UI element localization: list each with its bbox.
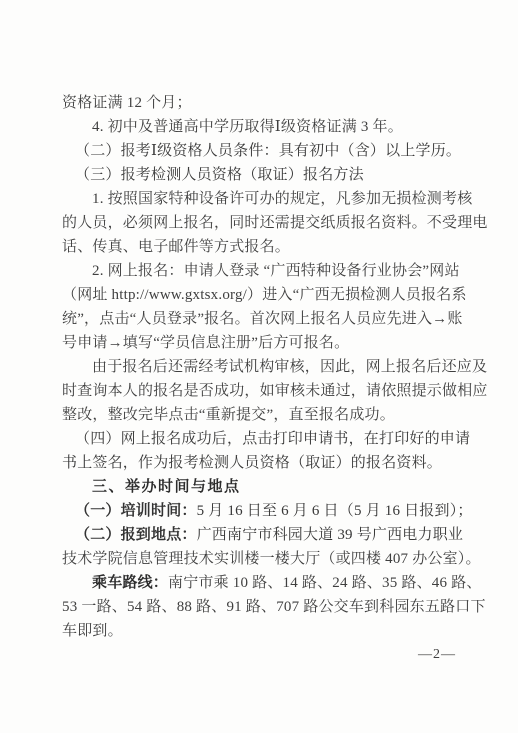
line-text: 1. 按照国家特种设备许可办的规定，凡参加无损检测考核	[92, 191, 472, 207]
text-line: 话、传真、电子邮件等方式报名。	[62, 235, 456, 259]
line-text: （二）报考Ⅰ级资格人员条件：具有初中（含）以上学历。	[75, 143, 461, 159]
text-line: 资格证满 12 个月；	[62, 91, 456, 115]
text-line: （二）报考Ⅰ级资格人员条件：具有初中（含）以上学历。	[62, 139, 456, 163]
line-text: 2. 网上报名：申请人登录 “广西特种设备行业协会”网站	[92, 263, 460, 279]
document-page: 资格证满 12 个月；4. 初中及普通高中学历取得Ⅰ级资格证满 3 年。（二）报…	[0, 0, 518, 733]
line-text: 车即到。	[62, 623, 123, 639]
line-text: 三、举办时间与地点	[92, 478, 241, 495]
text-line: 乘车路线：南宁市乘 10 路、14 路、24 路、35 路、46 路、	[62, 571, 456, 595]
line-text: （三）报考检测人员资格（取证）报名方法	[75, 167, 364, 183]
line-text: 广西南宁市科园大道 39 号广西电力职业	[197, 527, 464, 543]
line-label: 乘车路线：	[92, 574, 168, 591]
text-line: 的人员，必须网上报名，同时还需提交纸质报名资料。不受理电	[62, 211, 456, 235]
line-text: 书上签名，作为报考检测人员资格（取证）的报名资料。	[62, 455, 442, 471]
text-line: 时查询本人的报名是否成功，如审核未通过，请依照提示做相应	[62, 379, 456, 403]
text-line: （二）报到地点：广西南宁市科园大道 39 号广西电力职业	[62, 523, 456, 547]
text-line: 车即到。	[62, 619, 456, 643]
line-text: （网址 http://www.gxtsx.org/）进入“广西无损检测人员报名系	[62, 287, 467, 303]
text-line: 统”，点击“人员登录”报名。首次网上报名人员应先进入→账	[62, 307, 456, 331]
line-text: 话、传真、电子邮件等方式报名。	[62, 239, 290, 255]
line-text: 的人员，必须网上报名，同时还需提交纸质报名资料。不受理电	[62, 215, 488, 231]
line-text: 南宁市乘 10 路、14 路、24 路、35 路、46 路、	[168, 575, 482, 591]
document-body: 资格证满 12 个月；4. 初中及普通高中学历取得Ⅰ级资格证满 3 年。（二）报…	[62, 91, 456, 667]
line-text: 4. 初中及普通高中学历取得Ⅰ级资格证满 3 年。	[92, 119, 403, 135]
text-line: 1. 按照国家特种设备许可办的规定，凡参加无损检测考核	[62, 187, 456, 211]
line-text: 5 月 16 日至 6 月 6 日（5 月 16 日报到）；	[197, 503, 473, 519]
line-text: 由于报名后还需经考试机构审核，因此，网上报名后还应及	[92, 359, 487, 375]
line-text: 53 一路、54 路、88 路、91 路、707 路公交车到科园东五路口下	[62, 599, 486, 615]
text-line: （网址 http://www.gxtsx.org/）进入“广西无损检测人员报名系	[62, 283, 456, 307]
text-line: （三）报考检测人员资格（取证）报名方法	[62, 163, 456, 187]
line-text: 时查询本人的报名是否成功，如审核未通过，请依照提示做相应	[62, 383, 488, 399]
text-line: （一）培训时间：5 月 16 日至 6 月 6 日（5 月 16 日报到）；	[62, 499, 456, 523]
text-line: 53 一路、54 路、88 路、91 路、707 路公交车到科园东五路口下	[62, 595, 456, 619]
line-text: （四）网上报名成功后，点击打印申请书，在打印好的申请	[75, 431, 470, 447]
line-text: 统”，点击“人员登录”报名。首次网上报名人员应先进入→账	[62, 311, 463, 327]
line-text: 整改，整改完毕点击“重新提交”，直至报名成功。	[62, 407, 395, 423]
line-text: 资格证满 12 个月；	[62, 95, 192, 111]
text-line: 由于报名后还需经考试机构审核，因此，网上报名后还应及	[62, 355, 456, 379]
page-number: —2—	[62, 643, 456, 667]
line-text: 号申请→填写“学员信息注册”后方可报名。	[62, 335, 349, 351]
line-label: （二）报到地点：	[75, 527, 197, 543]
text-line: 整改，整改完毕点击“重新提交”，直至报名成功。	[62, 403, 456, 427]
text-line: 技术学院信息管理技术实训楼一楼大厅（或四楼 407 办公室）。	[62, 547, 456, 571]
text-line: （四）网上报名成功后，点击打印申请书，在打印好的申请	[62, 427, 456, 451]
text-line: 书上签名，作为报考检测人员资格（取证）的报名资料。	[62, 451, 456, 475]
text-line: 三、举办时间与地点	[62, 475, 456, 499]
line-text: 技术学院信息管理技术实训楼一楼大厅（或四楼 407 办公室）。	[62, 551, 481, 567]
text-line: 号申请→填写“学员信息注册”后方可报名。	[62, 331, 456, 355]
line-label: （一）培训时间：	[75, 503, 197, 519]
text-line: 2. 网上报名：申请人登录 “广西特种设备行业协会”网站	[62, 259, 456, 283]
text-line: 4. 初中及普通高中学历取得Ⅰ级资格证满 3 年。	[62, 115, 456, 139]
